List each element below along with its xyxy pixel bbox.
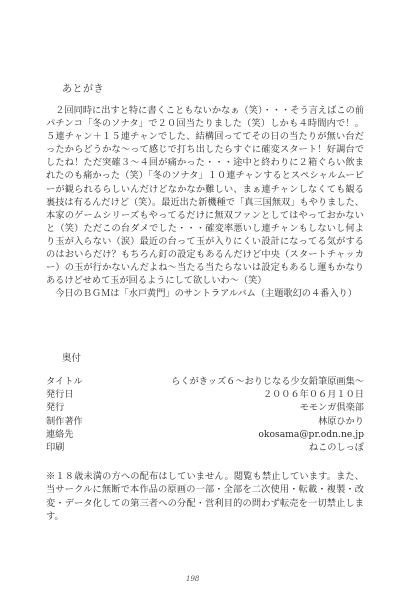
colophon-label: 発行日 — [46, 388, 136, 401]
colophon-label: 制作著作 — [46, 415, 136, 428]
colophon-label: 連絡先 — [46, 428, 136, 441]
page-number: 198 — [186, 575, 199, 583]
colophon-row-date: 発行日 ２００６年０６月１０日 — [46, 388, 364, 401]
colophon-heading: 奥付 — [62, 350, 81, 364]
colophon-row-printer: 印刷 ねこのしっぽ — [46, 441, 364, 454]
colophon-label: 発行 — [46, 401, 136, 414]
colophon-row-title: タイトル らくがきッズ６～おりじなる少女鉛筆原画集～ — [46, 375, 364, 388]
colophon-value: モモンガ倶楽部 — [300, 401, 364, 414]
colophon-value: ２００６年０６月１０日 — [263, 388, 364, 401]
colophon-label: タイトル — [46, 375, 99, 388]
colophon-table: タイトル らくがきッズ６～おりじなる少女鉛筆原画集～ 発行日 ２００６年０６月１… — [46, 375, 364, 454]
afterword-paragraph: ２回同時に出すと特に書くこともないかなぁ（笑）・・・そう言えばこの前パチンコ「冬… — [46, 104, 364, 287]
colophon-row-author: 制作著作 林原ひかり — [46, 415, 364, 428]
afterword-heading: あとがき — [62, 80, 104, 95]
colophon-value: ねこのしっぽ — [309, 441, 364, 454]
legal-notice: ※１８歳未満の方への配布はしていません。閲覧も禁止しています。また、当サークルに… — [46, 470, 364, 524]
contact-email: okosama@pr.odn.ne.jp — [258, 428, 364, 441]
colophon-value: 林原ひかり — [318, 415, 364, 428]
afterword-body: ２回同時に出すと特に書くこともないかなぁ（笑）・・・そう言えばこの前パチンコ「冬… — [46, 104, 364, 300]
colophon-row-publisher: 発行 モモンガ倶楽部 — [46, 401, 364, 414]
colophon-row-contact: 連絡先 okosama@pr.odn.ne.jp — [46, 428, 364, 441]
document-page: あとがき ２回同時に出すと特に書くこともないかなぁ（笑）・・・そう言えばこの前パ… — [0, 0, 400, 593]
colophon-label: 印刷 — [46, 441, 136, 454]
colophon-value: らくがきッズ６～おりじなる少女鉛筆原画集～ — [99, 375, 364, 388]
afterword-bgm-paragraph: 今日のＢＧＭは「水戸黄門」のサントラアルバム（主題歌幻の４番入り） — [46, 287, 364, 300]
